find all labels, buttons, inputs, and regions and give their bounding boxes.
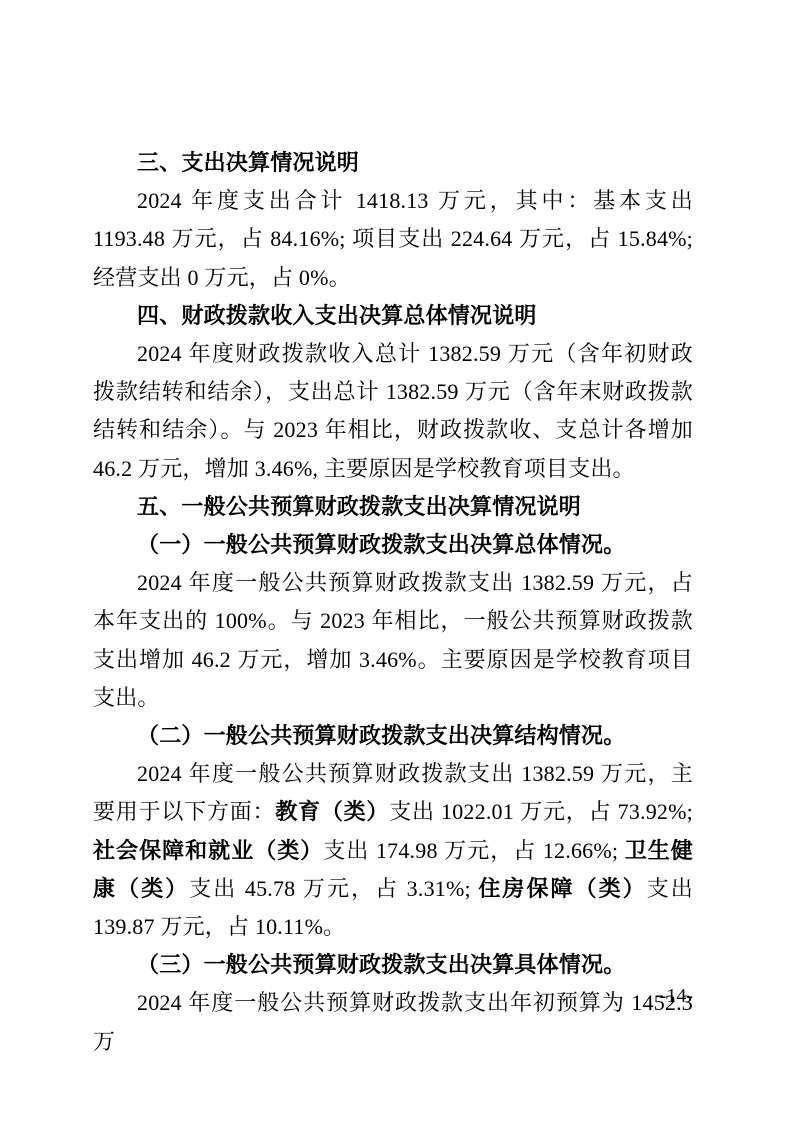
document-page: 三、支出决算情况说明 2024 年度支出合计 1418.13 万元，其中：基本支… [0, 0, 793, 1122]
heading-section-5-1: （一）一般公共预算财政拨款支出决算总体情况。 [93, 526, 693, 564]
para-section-3: 2024 年度支出合计 1418.13 万元，其中：基本支出 1193.48 万… [93, 182, 693, 297]
heading-section-3: 三、支出决算情况说明 [93, 144, 693, 182]
text-run: 支出 174.98 万元，占 12.66%; [323, 838, 624, 863]
bold-term-education: 教育（类） [275, 799, 389, 824]
para-section-5-2: 2024 年度一般公共预算财政拨款支出 1382.59 万元，主要用于以下方面：… [93, 755, 693, 946]
para-section-4: 2024 年度财政拨款收入总计 1382.59 万元（含年初财政拨款结转和结余）… [93, 335, 693, 488]
text-run: 支出 1022.01 万元，占 73.92%; [389, 799, 693, 824]
heading-section-5-3: （三）一般公共预算财政拨款支出决算具体情况。 [93, 946, 693, 984]
para-section-5-3: 2024 年度一般公共预算财政拨款支出年初预算为 1452.3 万 [93, 984, 693, 1060]
heading-section-4: 四、财政拨款收入支出决算总体情况说明 [93, 297, 693, 335]
document-body: 三、支出决算情况说明 2024 年度支出合计 1418.13 万元，其中：基本支… [93, 144, 693, 1061]
heading-section-5-2: （二）一般公共预算财政拨款支出决算结构情况。 [93, 717, 693, 755]
bold-term-housing: 住房保障（类） [478, 876, 646, 901]
para-section-5-1: 2024 年度一般公共预算财政拨款支出 1382.59 万元，占本年支出的 10… [93, 564, 693, 717]
page-number: -14- [660, 984, 693, 1008]
heading-section-5: 五、一般公共预算财政拨款支出决算情况说明 [93, 488, 693, 526]
bold-term-social-security: 社会保障和就业（类） [93, 838, 323, 863]
text-run: 支出 45.78 万元，占 3.31%; [189, 876, 478, 901]
